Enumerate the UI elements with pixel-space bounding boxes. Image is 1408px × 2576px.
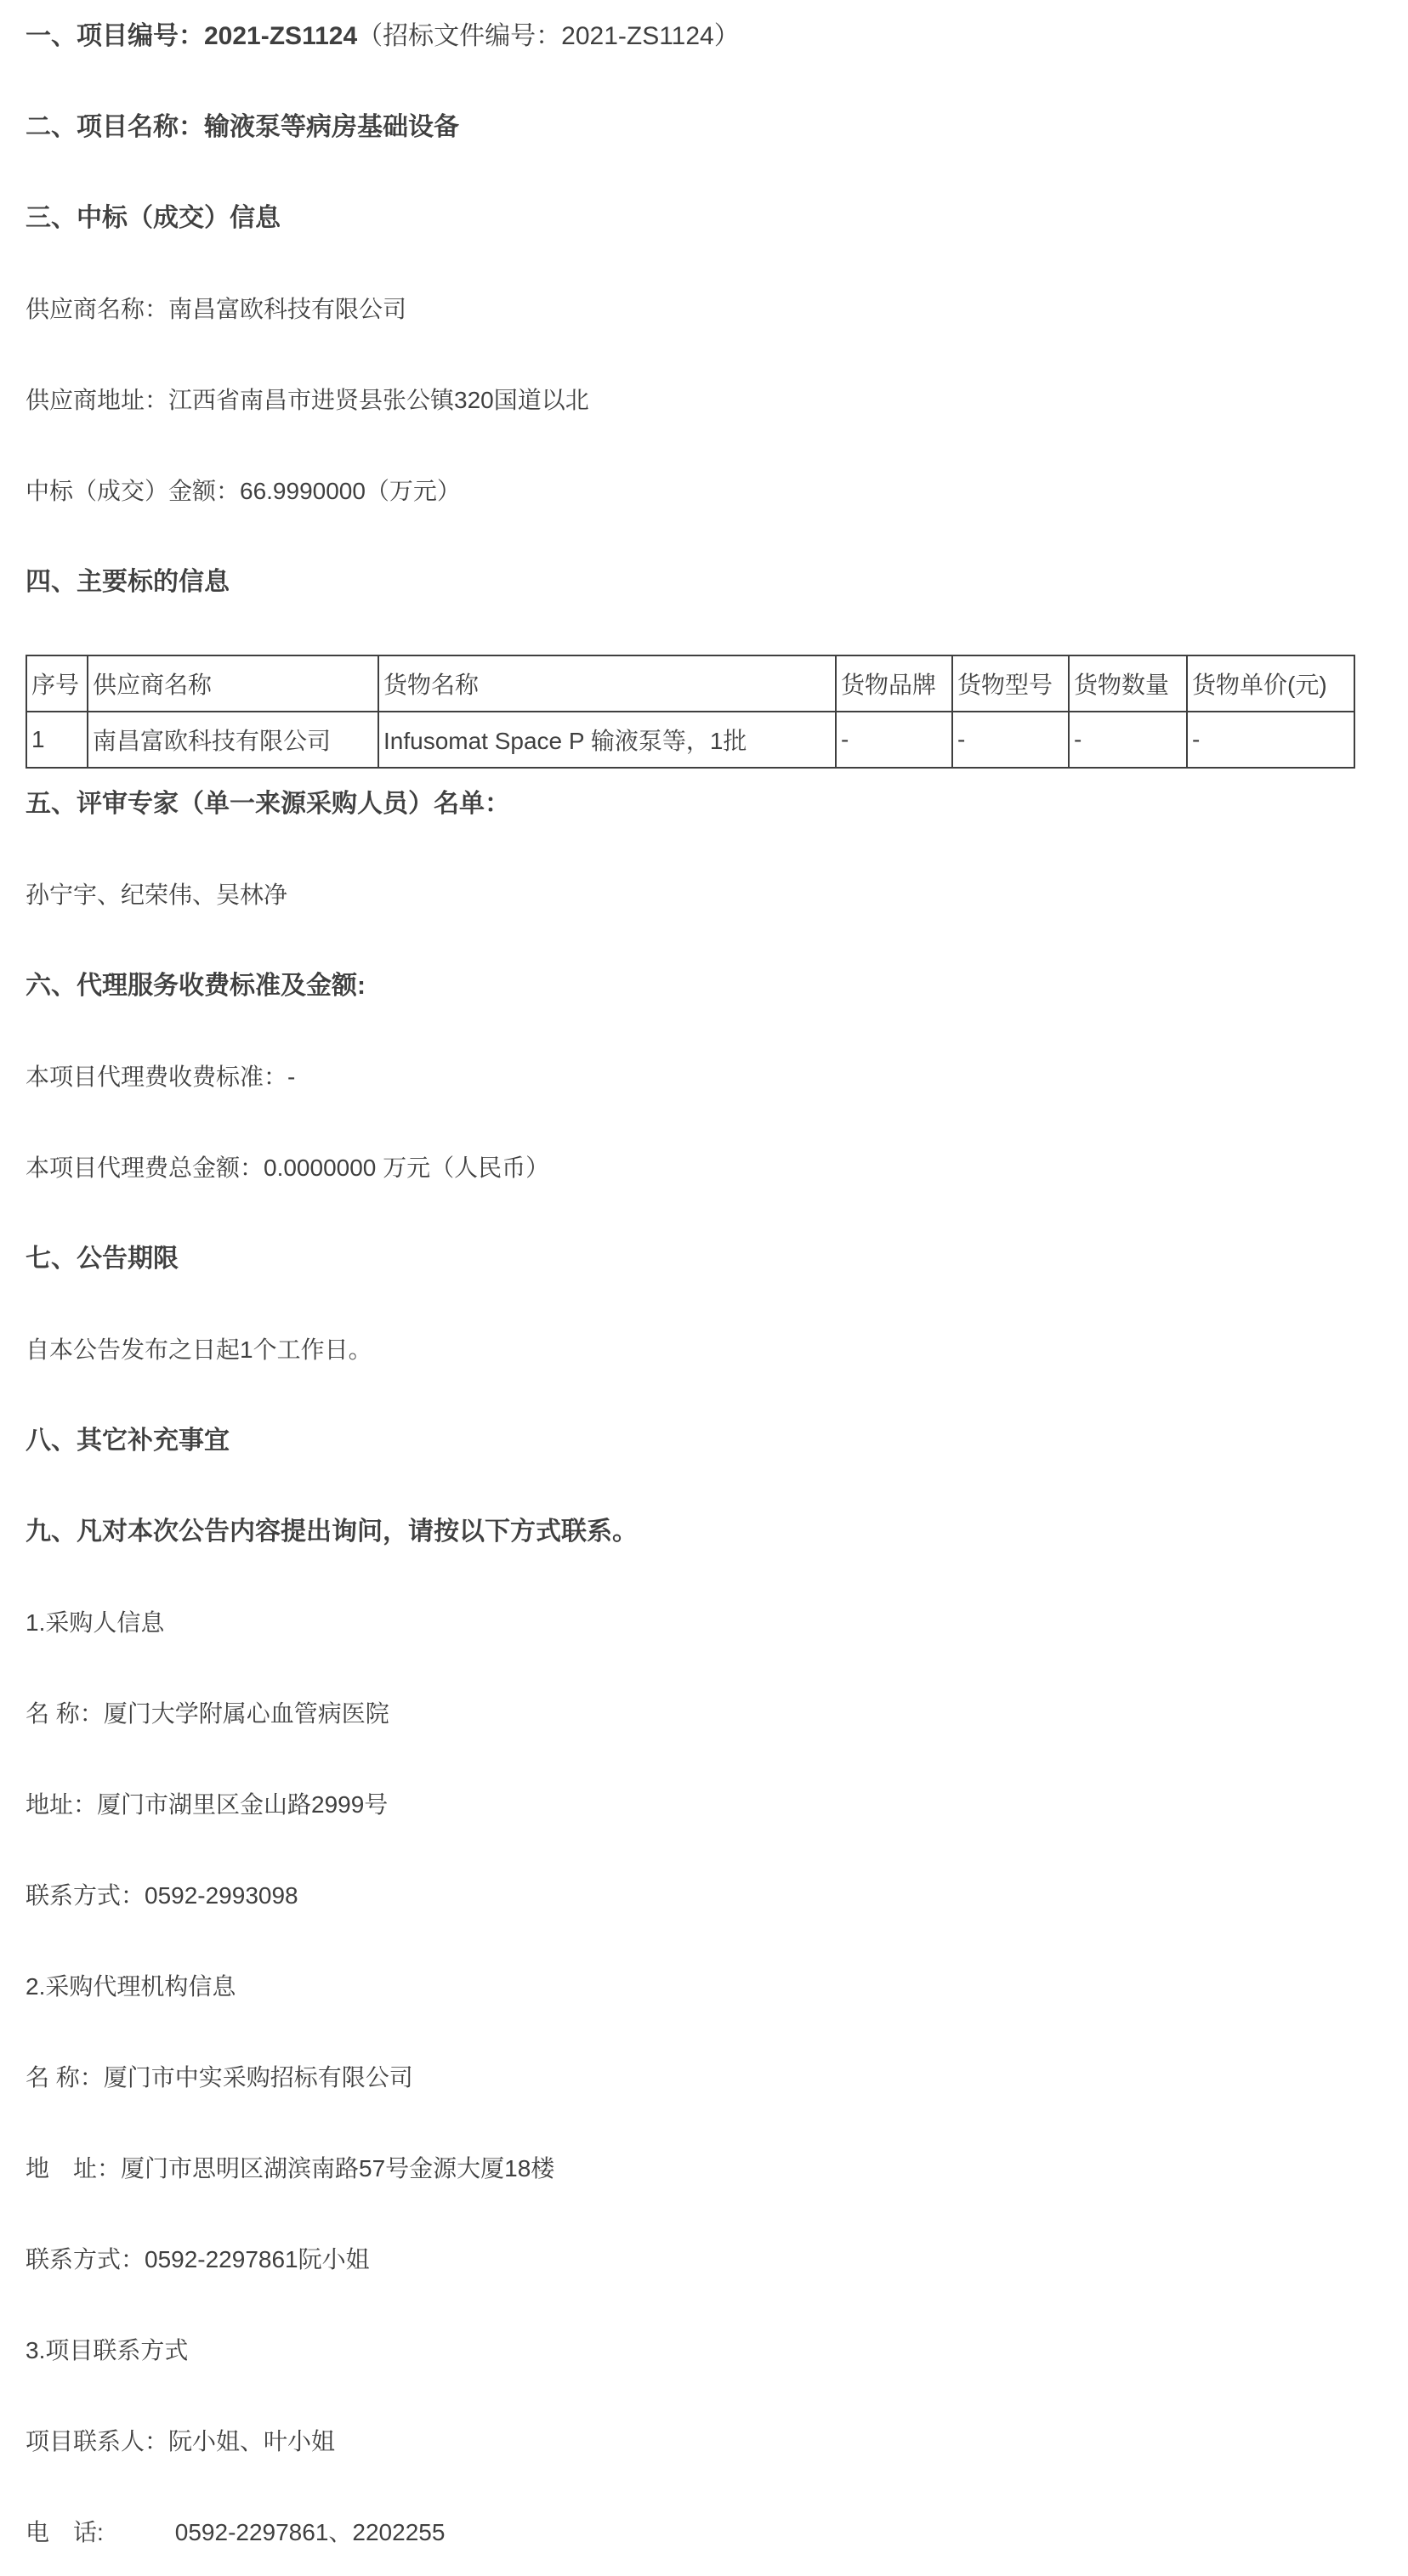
award-amount-line: 中标（成交）金额：66.9990000（万元） [26,473,1382,510]
heading-inquiry-contact: 九、凡对本次公告内容提出询问，请按以下方式联系。 [26,1513,1382,1551]
announcement-document: 一、项目编号：2021-ZS1124（招标文件编号：2021-ZS1124） 二… [0,0,1408,2551]
project-contact-person-line: 项目联系人：阮小姐、叶小姐 [26,2423,1382,2460]
agency-name-line: 名 称：厦门市中实采购招标有限公司 [26,2059,1382,2097]
announcement-period-line: 自本公告发布之日起1个工作日。 [26,1331,1382,1369]
table-header-brand: 货物品牌 [836,655,952,712]
agency-section-title: 2.采购代理机构信息 [26,1968,1382,2006]
experts-line: 孙宁宇、纪荣伟、吴林净 [26,877,1382,914]
project-contact-title: 3.项目联系方式 [26,2332,1382,2369]
heading-supplementary: 八、其它补充事宜 [26,1422,1382,1460]
project-number-note: （招标文件编号：2021-ZS1124） [357,22,740,50]
table-header-seq: 序号 [26,655,88,712]
table-header-goods-name: 货物名称 [378,655,836,712]
cell-supplier: 南昌富欧科技有限公司 [88,712,378,768]
project-number-bold: 一、项目编号：2021-ZS1124 [26,22,357,50]
heading-agency-fee: 六、代理服务收费标准及金额: [26,967,1382,1005]
supplier-address-line: 供应商地址：江西省南昌市进贤县张公镇320国道以北 [26,382,1382,419]
project-phone-line: 电 话: 0592-2297861、2202255 [26,2514,1382,2551]
heading-project-name: 二、项目名称：输液泵等病房基础设备 [26,109,1382,146]
heading-experts: 五、评审专家（单一来源采购人员）名单： [26,786,1382,823]
table-row: 1 南昌富欧科技有限公司 Infusomat Space P 输液泵等，1批 -… [26,712,1354,768]
cell-seq: 1 [26,712,88,768]
cell-brand: - [836,712,952,768]
purchaser-contact-line: 联系方式：0592-2993098 [26,1877,1382,1915]
heading-award-info: 三、中标（成交）信息 [26,200,1382,237]
heading-announcement-period: 七、公告期限 [26,1240,1382,1278]
table-header-supplier: 供应商名称 [88,655,378,712]
purchaser-address-line: 地址：厦门市湖里区金山路2999号 [26,1786,1382,1824]
heading-project-number: 一、项目编号：2021-ZS1124（招标文件编号：2021-ZS1124） [26,18,1382,55]
cell-model: - [952,712,1069,768]
supplier-name-line: 供应商名称：南昌富欧科技有限公司 [26,291,1382,328]
agency-fee-standard-line: 本项目代理费收费标准：- [26,1058,1382,1096]
table-header-quantity: 货物数量 [1069,655,1187,712]
cell-unit-price: - [1187,712,1354,768]
main-items-table: 序号 供应商名称 货物名称 货物品牌 货物型号 货物数量 货物单价(元) 1 南… [26,655,1355,769]
heading-main-items: 四、主要标的信息 [26,564,1382,601]
cell-goods-name: Infusomat Space P 输液泵等，1批 [378,712,836,768]
table-header-row: 序号 供应商名称 货物名称 货物品牌 货物型号 货物数量 货物单价(元) [26,655,1354,712]
table-header-unit-price: 货物单价(元) [1187,655,1354,712]
agency-fee-total-line: 本项目代理费总金额：0.0000000 万元（人民币） [26,1149,1382,1187]
agency-contact-line: 联系方式：0592-2297861阮小姐 [26,2241,1382,2278]
cell-quantity: - [1069,712,1187,768]
purchaser-section-title: 1.采购人信息 [26,1604,1382,1642]
agency-address-line: 地 址：厦门市思明区湖滨南路57号金源大厦18楼 [26,2150,1382,2187]
purchaser-name-line: 名 称：厦门大学附属心血管病医院 [26,1695,1382,1733]
table-header-model: 货物型号 [952,655,1069,712]
